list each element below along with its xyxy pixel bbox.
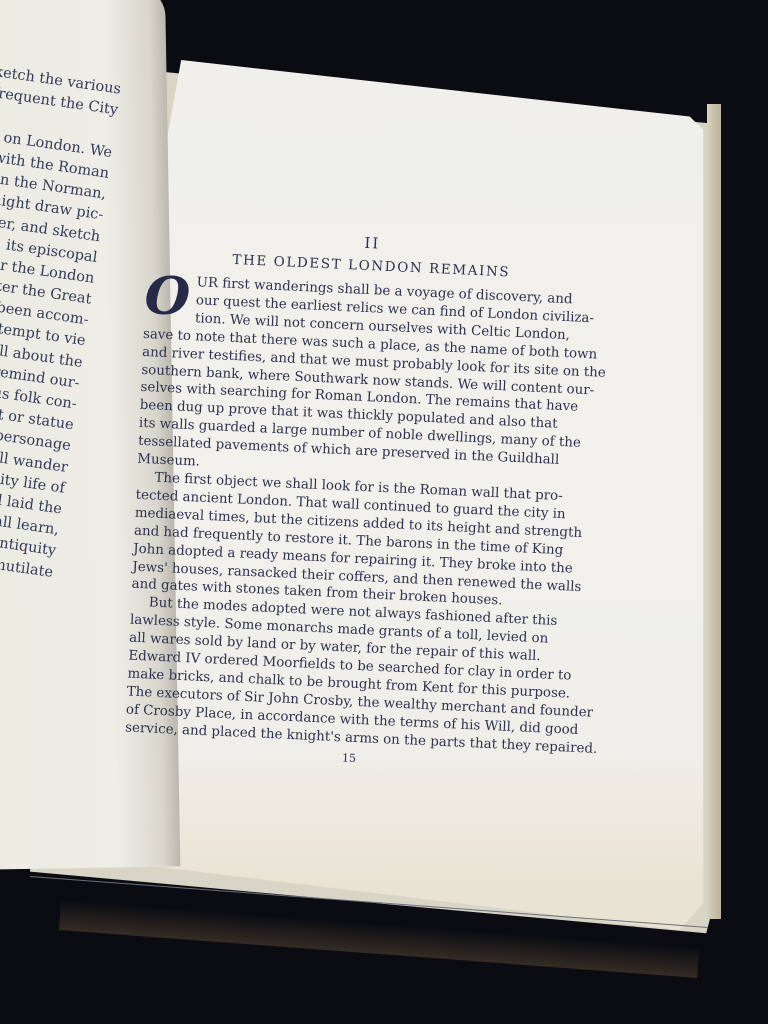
right-page-text: II THE OLDEST LONDON REMAINS O UR first … bbox=[124, 224, 598, 774]
page-fore-edge bbox=[707, 104, 721, 919]
chapter-body: O UR first wanderings shall be a voyage … bbox=[125, 272, 596, 757]
book-photo: S r to sketch the various hers frequent … bbox=[0, 0, 768, 1024]
left-page-text: S r to sketch the various hers frequent … bbox=[0, 35, 125, 583]
drop-cap: O bbox=[144, 274, 191, 320]
